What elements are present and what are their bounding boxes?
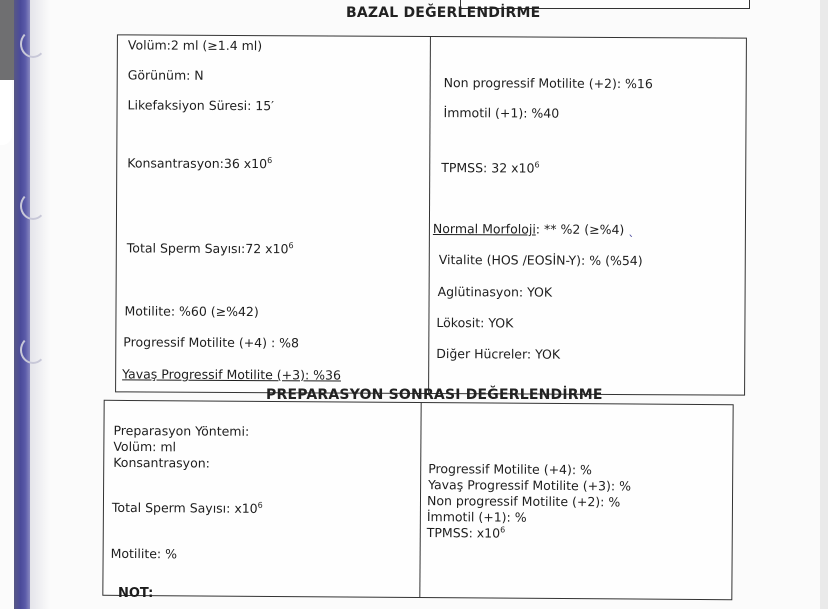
basal-total-sperm-count: Total Sperm Sayısı:72 x106 <box>127 240 294 256</box>
note-label: NOT: <box>118 586 153 601</box>
prep-total-sperm-count: Total Sperm Sayısı: x106 <box>112 500 263 516</box>
binder-ring-icon <box>20 336 46 364</box>
prep-non-progressive-motility: Non progressif Motilite (+2): % <box>427 493 620 509</box>
basal-leukocyte: Lökosit: YOK <box>436 315 513 330</box>
prep-progressive-motility: Progressif Motilite (+4): % <box>428 461 592 477</box>
basal-vitality: Vitalite (HOS /EOSİN-Y): % (%54) <box>439 252 643 268</box>
binder-ring-icon <box>20 192 46 220</box>
prep-immotile: İmmotil (+1): % <box>427 509 527 525</box>
basal-motility: Motilite: %60 (≥%42) <box>124 303 258 319</box>
scan-background-corner <box>0 0 14 80</box>
basal-volume: Volüm:2 ml (≥1.4 ml) <box>128 37 262 53</box>
basal-non-progressive-motility: Non progressif Motilite (+2): %16 <box>444 75 653 91</box>
basal-normal-morphology: Normal Morfoloji: ** %2 (≥%4) ˎ <box>433 221 635 237</box>
prep-slow-progressive-motility: Yavaş Progressif Motilite (+3): % <box>428 477 631 493</box>
binder-strip <box>14 0 30 609</box>
basal-evaluation-table: Volüm:2 ml (≥1.4 ml) Görünüm: N Likefaks… <box>115 34 747 395</box>
basal-progressive-motility: Progressif Motilite (+4) : %8 <box>123 334 299 350</box>
basal-tpmss: TPMSS: 32 x106 <box>441 160 539 176</box>
basal-immotile: İmmotil (+1): %40 <box>443 105 559 121</box>
page-shadow <box>30 0 50 609</box>
binder-ring-icon <box>20 30 46 58</box>
basal-section-title: BAZAL DEĞERLENDİRME <box>346 5 540 21</box>
prep-method: Preparasyon Yöntemi: <box>113 423 249 439</box>
scan-background-tab <box>0 80 12 145</box>
page-edge <box>820 0 828 609</box>
basal-appearance: Görünüm: N <box>128 67 204 82</box>
column-divider <box>419 403 421 597</box>
preparation-evaluation-table: Preparasyon Yöntemi: Volüm: ml Konsantra… <box>102 400 733 600</box>
prep-concentration: Konsantrasyon: <box>113 455 210 471</box>
basal-agglutination: Aglütinasyon: YOK <box>438 284 553 300</box>
prep-motility: Motilite: % <box>111 546 178 561</box>
basal-other-cells: Diğer Hücreler: YOK <box>436 346 560 362</box>
basal-concentration: Konsantrasyon:36 x106 <box>127 155 272 171</box>
column-divider <box>428 37 431 393</box>
basal-liquefaction-time: Likefaksiyon Süresi: 15′ <box>128 97 275 113</box>
prep-volume: Volüm: ml <box>113 439 176 454</box>
basal-slow-progressive-motility: Yavaş Progressif Motilite (+3): %36 <box>122 366 341 382</box>
prep-tpmss: TPMSS: x106 <box>427 525 506 541</box>
